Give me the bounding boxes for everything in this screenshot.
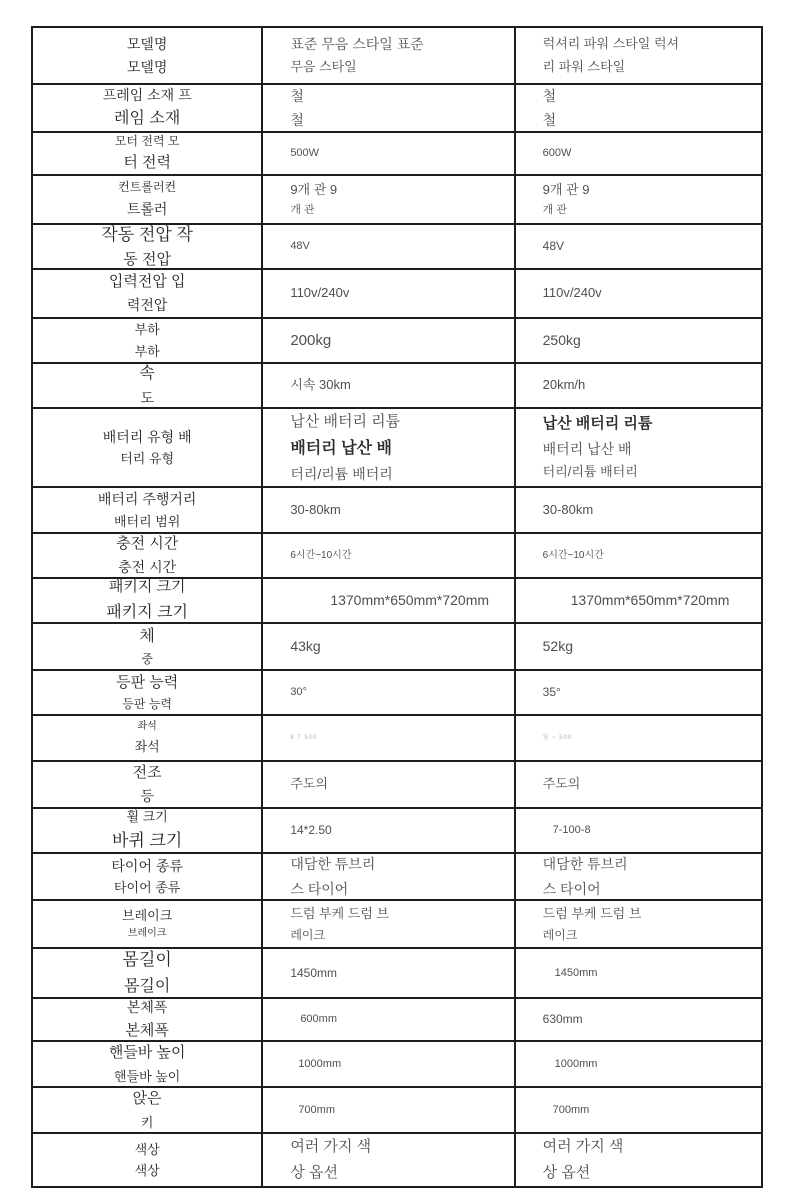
luxury-value-cell-text: 250kg <box>543 328 581 352</box>
spec-label-cell-text: 등판 능력 <box>122 695 172 714</box>
spec-label-cell-text: 패키지 크기 <box>109 579 186 600</box>
luxury-value-cell-text: 48V <box>543 236 564 257</box>
spec-label-cell-model-name: 모델명모델명 <box>33 28 261 83</box>
spec-label-cell-operating-voltage: 작동 전압 작동 전압 <box>33 225 261 268</box>
spec-label-cell-controller: 컨트롤러컨트롤러 <box>33 176 261 223</box>
spec-label-cell-text: 바퀴 크기 <box>112 827 182 852</box>
luxury-value-cell-text: 철 <box>543 85 557 108</box>
luxury-value-cell-operating-voltage: 48V <box>514 225 761 268</box>
standard-value-cell-frame-material: 철철 <box>261 85 513 131</box>
standard-value-cell-text: 철 <box>290 85 304 108</box>
standard-value-cell-text: 30° <box>290 683 307 702</box>
spec-label-cell-text: 배터리 범위 <box>114 511 180 532</box>
luxury-value-cell-text: 개 관 <box>543 201 567 220</box>
spec-label-cell-text: 몸길이 <box>123 949 172 974</box>
spec-label-cell-text: 동 전압 <box>123 248 171 268</box>
luxury-value-cell-text: 35° <box>543 682 561 703</box>
luxury-value-cell-text: 리 파워 스타일 <box>543 56 626 78</box>
luxury-value-cell-text: 터리/리튬 배터리 <box>543 461 638 483</box>
standard-value-cell-text: 드럼 부케 드럼 브 <box>290 903 389 925</box>
standard-value-cell-text: 표준 무음 스타일 표준 <box>290 32 423 56</box>
standard-value-cell-text: 상 옵션 <box>290 1160 338 1186</box>
spec-label-cell-text: 좌석 <box>135 736 160 757</box>
luxury-value-cell-text: 배터리 납산 배 <box>543 437 632 461</box>
standard-value-cell-text: 48V <box>290 237 310 256</box>
standard-value-cell-charging-time: 6시간~10시간 <box>261 534 513 577</box>
table-row-seat-height: 앉은키700mm700mm <box>33 1086 761 1132</box>
standard-value-cell-text: 여러 가지 색 <box>290 1134 371 1160</box>
standard-value-cell-text: 6시간~10시간 <box>290 547 351 564</box>
spec-label-cell-text: 좌석 <box>137 719 156 735</box>
luxury-value-cell-controller: 9개 관 9개 관 <box>514 176 761 223</box>
spec-label-cell-body-length: 몸길이몸길이 <box>33 949 261 997</box>
table-row-wheel-size: 휠 크기바퀴 크기14*2.507-100-8 <box>33 807 761 852</box>
spec-label-cell-text: 프레임 소재 프 <box>103 85 192 106</box>
table-row-handlebar-height: 핸들바 높이핸들바 높이1000mm1000mm <box>33 1040 761 1086</box>
luxury-value-cell-handlebar-height: 1000mm <box>514 1042 761 1086</box>
table-row-charging-time: 충전 시간충전 시간6시간~10시간6시간~10시간 <box>33 532 761 577</box>
standard-value-cell-seat: 8 7 500 <box>261 716 513 760</box>
standard-value-cell-text: 9개 관 9 <box>290 179 337 201</box>
standard-value-cell-text: 납산 배터리 리튬 <box>290 409 400 435</box>
standard-value-cell-text: 철 <box>290 108 304 131</box>
luxury-value-cell-text: 20km/h <box>543 374 586 396</box>
spec-label-cell-text: 배터리 주행거리 <box>98 488 197 511</box>
table-row-operating-voltage: 작동 전압 작동 전압48V48V <box>33 223 761 268</box>
spec-label-cell-load: 부하부하 <box>33 319 261 362</box>
standard-value-cell-text: 무음 스타일 <box>290 56 356 78</box>
luxury-value-cell-text: 납산 배터리 리튬 <box>543 411 653 437</box>
luxury-value-cell-wheel-size: 7-100-8 <box>514 809 761 852</box>
luxury-value-cell-text: 9개 관 9 <box>543 179 590 201</box>
table-row-seat: 좌석좌석8 7 500될 ~ 500 <box>33 714 761 760</box>
spec-label-cell-text: 입력전압 입 <box>109 270 186 294</box>
spec-label-cell-text: 충전 시간 <box>116 534 178 556</box>
spec-label-cell-text: 배터리 유형 배 <box>103 426 192 449</box>
luxury-value-cell-brake: 드럼 부케 드럼 브레이크 <box>514 901 761 947</box>
standard-value-cell-text: 터리/리튬 배터리 <box>290 462 392 486</box>
standard-value-cell-wheel-size: 14*2.50 <box>261 809 513 852</box>
spec-label-cell-text: 충전 시간 <box>118 556 176 577</box>
luxury-value-cell-model-name: 럭셔리 파워 스타일 럭셔리 파워 스타일 <box>514 28 761 83</box>
luxury-value-cell-text: 1370mm*650mm*720mm <box>571 588 730 612</box>
standard-value-cell-text: 1000mm <box>298 1055 341 1074</box>
spec-label-cell-climbing-ability: 등판 능력등판 능력 <box>33 671 261 714</box>
spec-label-cell-seat: 좌석좌석 <box>33 716 261 760</box>
standard-value-cell-load: 200kg <box>261 319 513 362</box>
standard-value-cell-controller: 9개 관 9개 관 <box>261 176 513 223</box>
spec-label-cell-text: 핸들바 높이 <box>109 1042 186 1066</box>
spec-label-cell-text: 작동 전압 작 <box>101 225 193 248</box>
luxury-value-cell-body-width: 630mm <box>514 999 761 1040</box>
luxury-value-cell-frame-material: 철철 <box>514 85 761 131</box>
spec-label-cell-text: 패키지 크기 <box>106 600 188 622</box>
spec-label-cell-seat-height: 앉은키 <box>33 1088 261 1132</box>
spec-label-cell-color: 색상색상 <box>33 1134 261 1186</box>
standard-value-cell-battery-type: 납산 배터리 리튬배터리 납산 배터리/리튬 배터리 <box>261 409 513 486</box>
standard-value-cell-text: 1450mm <box>290 963 337 984</box>
luxury-value-cell-speed: 20km/h <box>514 364 761 407</box>
luxury-value-cell-text: 1000mm <box>555 1055 598 1074</box>
standard-value-cell-text: 1370mm*650mm*720mm <box>330 588 489 612</box>
spec-label-cell-text: 모델명 <box>127 33 168 56</box>
spec-label-cell-text: 브레이크 <box>128 926 167 942</box>
table-row-brake: 브레이크브레이크드럼 부케 드럼 브레이크드럼 부케 드럼 브레이크 <box>33 899 761 947</box>
spec-label-cell-text: 색상 <box>135 1139 160 1160</box>
table-row-battery-type: 배터리 유형 배터리 유형납산 배터리 리튬배터리 납산 배터리/리튬 배터리납… <box>33 407 761 486</box>
table-row-weight: 체중43kg52kg <box>33 622 761 669</box>
spec-label-cell-text: 레임 소재 <box>114 106 180 131</box>
spec-label-cell-text: 력전압 <box>127 294 168 317</box>
table-row-climbing-ability: 등판 능력등판 능력30°35° <box>33 669 761 714</box>
spec-label-cell-text: 전조 <box>133 762 162 785</box>
spec-label-cell-frame-material: 프레임 소재 프레임 소재 <box>33 85 261 131</box>
standard-value-cell-text: 110v/240v <box>290 282 349 304</box>
spec-label-cell-text: 도 <box>140 387 154 407</box>
luxury-value-cell-text: 7-100-8 <box>553 821 591 840</box>
spec-label-cell-battery-type: 배터리 유형 배터리 유형 <box>33 409 261 486</box>
standard-value-cell-text: 시속 30km <box>290 374 351 396</box>
standard-value-cell-motor-power: 500W <box>261 133 513 174</box>
spec-label-cell-text: 부하 <box>135 319 160 340</box>
table-row-load: 부하부하200kg250kg <box>33 317 761 362</box>
standard-value-cell-text: 200kg <box>290 328 331 354</box>
standard-value-cell-tire-type: 대담한 튜브리스 타이어 <box>261 854 513 899</box>
standard-value-cell-text: 30-80km <box>290 499 341 521</box>
luxury-value-cell-battery-range: 30-80km <box>514 488 761 532</box>
spec-label-cell-text: 휠 크기 <box>127 809 168 827</box>
luxury-value-cell-seat: 될 ~ 500 <box>514 716 761 760</box>
table-row-battery-range: 배터리 주행거리배터리 범위30-80km30-80km <box>33 486 761 532</box>
spec-label-cell-wheel-size: 휠 크기바퀴 크기 <box>33 809 261 852</box>
spec-label-cell-text: 속 <box>139 364 154 387</box>
standard-value-cell-model-name: 표준 무음 스타일 표준무음 스타일 <box>261 28 513 83</box>
table-row-color: 색상색상여러 가지 색상 옵션여러 가지 색상 옵션 <box>33 1132 761 1186</box>
luxury-value-cell-text: 상 옵션 <box>543 1160 591 1186</box>
standard-value-cell-body-length: 1450mm <box>261 949 513 997</box>
luxury-value-cell-package-size: 1370mm*650mm*720mm <box>514 579 761 622</box>
luxury-value-cell-input-voltage: 110v/240v <box>514 270 761 317</box>
spec-label-cell-handlebar-height: 핸들바 높이핸들바 높이 <box>33 1042 261 1086</box>
spec-label-cell-weight: 체중 <box>33 624 261 669</box>
standard-value-cell-speed: 시속 30km <box>261 364 513 407</box>
standard-value-cell-text: 8 7 500 <box>290 733 317 743</box>
luxury-value-cell-text: 700mm <box>553 1101 590 1120</box>
table-row-headlight: 전조등주도의주도의 <box>33 760 761 807</box>
luxury-value-cell-text: 스 타이어 <box>543 877 601 900</box>
luxury-value-cell-text: 주도의 <box>543 773 581 795</box>
table-row-speed: 속도시속 30km20km/h <box>33 362 761 407</box>
luxury-value-cell-text: 6시간~10시간 <box>543 547 604 564</box>
standard-value-cell-text: 600mm <box>300 1010 337 1029</box>
spec-label-cell-package-size: 패키지 크기패키지 크기 <box>33 579 261 622</box>
standard-value-cell-text: 개 관 <box>290 201 314 220</box>
luxury-value-cell-weight: 52kg <box>514 624 761 669</box>
spec-label-cell-text: 키 <box>141 1112 154 1132</box>
luxury-value-cell-text: 110v/240v <box>543 282 602 304</box>
spec-label-cell-speed: 속도 <box>33 364 261 407</box>
luxury-value-cell-charging-time: 6시간~10시간 <box>514 534 761 577</box>
standard-value-cell-text: 14*2.50 <box>290 820 331 841</box>
spec-label-cell-text: 앉은 <box>133 1088 162 1112</box>
standard-value-cell-package-size: 1370mm*650mm*720mm <box>261 579 513 622</box>
standard-value-cell-text: 500W <box>290 144 319 163</box>
luxury-value-cell-headlight: 주도의 <box>514 762 761 807</box>
luxury-value-cell-body-length: 1450mm <box>514 949 761 997</box>
spec-label-cell-text: 타이어 종류 <box>111 855 183 878</box>
standard-value-cell-weight: 43kg <box>261 624 513 669</box>
table-row-motor-power: 모터 전력 모터 전력500W600W <box>33 131 761 174</box>
spec-label-cell-text: 컨트롤러컨 <box>118 178 176 197</box>
standard-value-cell-text: 스 타이어 <box>290 877 348 900</box>
luxury-value-cell-text: 철 <box>543 108 557 131</box>
spec-label-cell-text: 색상 <box>135 1160 160 1181</box>
spec-label-cell-text: 터리 유형 <box>120 448 174 469</box>
spec-label-cell-text: 본체폭 <box>127 999 168 1019</box>
standard-value-cell-text: 주도의 <box>290 773 328 795</box>
luxury-value-cell-motor-power: 600W <box>514 133 761 174</box>
spec-table: 모델명모델명표준 무음 스타일 표준무음 스타일럭셔리 파워 스타일 럭셔리 파… <box>31 26 763 1188</box>
spec-label-cell-battery-range: 배터리 주행거리배터리 범위 <box>33 488 261 532</box>
standard-value-cell-operating-voltage: 48V <box>261 225 513 268</box>
luxury-value-cell-text: 여러 가지 색 <box>543 1134 624 1160</box>
table-row-frame-material: 프레임 소재 프레임 소재철철철철 <box>33 83 761 131</box>
luxury-value-cell-text: 레이크 <box>543 925 578 946</box>
spec-label-cell-body-width: 본체폭본체폭 <box>33 999 261 1040</box>
standard-value-cell-color: 여러 가지 색상 옵션 <box>261 1134 513 1186</box>
spec-label-cell-text: 트롤러 <box>127 198 168 221</box>
luxury-value-cell-color: 여러 가지 색상 옵션 <box>514 1134 761 1186</box>
spec-label-cell-motor-power: 모터 전력 모터 전력 <box>33 133 261 174</box>
spec-label-cell-text: 부하 <box>135 341 160 362</box>
luxury-value-cell-text: 드럼 부케 드럼 브 <box>543 903 642 925</box>
standard-value-cell-climbing-ability: 30° <box>261 671 513 714</box>
table-row-body-width: 본체폭본체폭600mm630mm <box>33 997 761 1040</box>
luxury-value-cell-seat-height: 700mm <box>514 1088 761 1132</box>
standard-value-cell-text: 43kg <box>290 634 320 658</box>
spec-label-cell-text: 본체폭 <box>125 1019 168 1040</box>
luxury-value-cell-text: 대담한 튜브리 <box>543 854 628 877</box>
standard-value-cell-brake: 드럼 부케 드럼 브레이크 <box>261 901 513 947</box>
spec-label-cell-text: 체 <box>139 624 154 650</box>
spec-label-cell-charging-time: 충전 시간충전 시간 <box>33 534 261 577</box>
spec-label-cell-text: 등판 능력 <box>116 671 178 695</box>
spec-label-cell-text: 등 <box>140 785 154 807</box>
standard-value-cell-text: 700mm <box>298 1101 335 1120</box>
spec-label-cell-text: 타이어 종류 <box>114 877 180 898</box>
table-row-controller: 컨트롤러컨트롤러9개 관 9개 관9개 관 9개 관 <box>33 174 761 223</box>
spec-label-cell-text: 모터 전력 모 <box>115 133 180 151</box>
standard-value-cell-battery-range: 30-80km <box>261 488 513 532</box>
spec-label-cell-text: 모델명 <box>127 56 168 79</box>
standard-value-cell-headlight: 주도의 <box>261 762 513 807</box>
spec-label-cell-text: 중 <box>141 650 153 669</box>
standard-value-cell-text: 배터리 납산 배 <box>290 435 392 463</box>
spec-label-cell-text: 몸길이 <box>124 974 170 997</box>
spec-label-cell-brake: 브레이크브레이크 <box>33 901 261 947</box>
standard-value-cell-text: 대담한 튜브리 <box>290 854 375 877</box>
spec-label-cell-input-voltage: 입력전압 입력전압 <box>33 270 261 317</box>
luxury-value-cell-text: 1450mm <box>555 964 598 983</box>
luxury-value-cell-load: 250kg <box>514 319 761 362</box>
luxury-value-cell-text: 30-80km <box>543 499 594 521</box>
spec-label-cell-text: 핸들바 높이 <box>114 1066 180 1086</box>
table-row-body-length: 몸길이몸길이1450mm1450mm <box>33 947 761 997</box>
table-row-model-name: 모델명모델명표준 무음 스타일 표준무음 스타일럭셔리 파워 스타일 럭셔리 파… <box>33 28 761 83</box>
spec-label-cell-text: 브레이크 <box>122 905 172 926</box>
luxury-value-cell-text: 럭셔리 파워 스타일 럭셔 <box>543 33 679 55</box>
luxury-value-cell-text: 될 ~ 500 <box>543 733 573 743</box>
spec-label-cell-tire-type: 타이어 종류타이어 종류 <box>33 854 261 899</box>
table-row-package-size: 패키지 크기패키지 크기1370mm*650mm*720mm1370mm*650… <box>33 577 761 622</box>
spec-label-cell-headlight: 전조등 <box>33 762 261 807</box>
luxury-value-cell-battery-type: 납산 배터리 리튬배터리 납산 배터리/리튬 배터리 <box>514 409 761 486</box>
luxury-value-cell-climbing-ability: 35° <box>514 671 761 714</box>
standard-value-cell-input-voltage: 110v/240v <box>261 270 513 317</box>
standard-value-cell-body-width: 600mm <box>261 999 513 1040</box>
table-row-tire-type: 타이어 종류타이어 종류대담한 튜브리스 타이어대담한 튜브리스 타이어 <box>33 852 761 899</box>
standard-value-cell-text: 레이크 <box>290 925 325 946</box>
luxury-value-cell-text: 630mm <box>543 1009 583 1030</box>
standard-value-cell-handlebar-height: 1000mm <box>261 1042 513 1086</box>
luxury-value-cell-text: 600W <box>543 144 572 163</box>
table-row-input-voltage: 입력전압 입력전압110v/240v110v/240v <box>33 268 761 317</box>
luxury-value-cell-tire-type: 대담한 튜브리스 타이어 <box>514 854 761 899</box>
luxury-value-cell-text: 52kg <box>543 634 573 658</box>
spec-label-cell-text: 터 전력 <box>123 151 171 174</box>
standard-value-cell-seat-height: 700mm <box>261 1088 513 1132</box>
